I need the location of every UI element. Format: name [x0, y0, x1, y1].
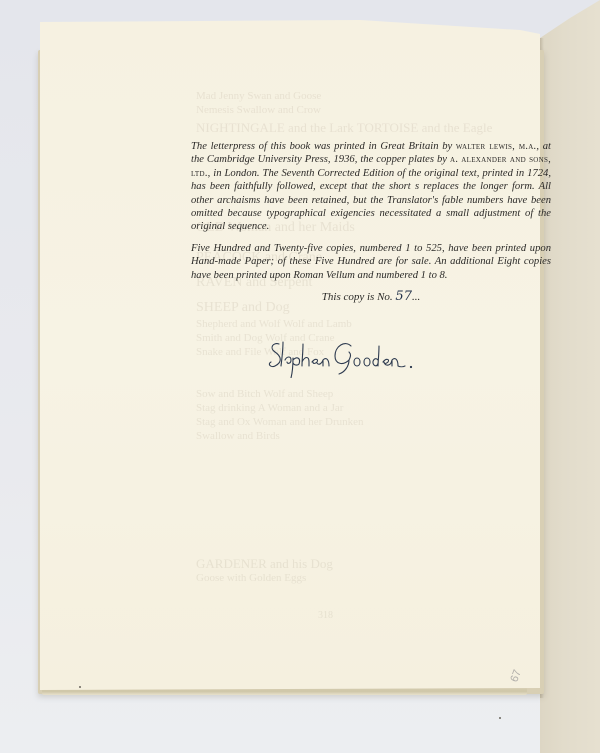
- colophon-text: , in London. The Seventh Corrected Editi…: [191, 168, 551, 233]
- showthrough-line: Shepherd and Wolf Wolf and Lamb: [196, 318, 352, 330]
- signature-stephen-gooden: [265, 336, 415, 378]
- showthrough-line: Swallow and Birds: [196, 430, 280, 442]
- showthrough-line: Goose with Golden Eggs: [196, 572, 306, 584]
- copy-number-line: This copy is No. 57...: [191, 290, 551, 304]
- colophon-paragraph-limitation: Five Hundred and Twenty-five copies, num…: [191, 242, 551, 282]
- showthrough-line: Nemesis Swallow and Crow: [196, 104, 321, 116]
- showthrough-page-number: 318: [318, 610, 333, 621]
- printer-name: walter lewis, m.a.: [456, 141, 536, 152]
- colophon-text: The letterpress of this book was printed…: [191, 141, 456, 152]
- back-cover: [540, 0, 600, 753]
- showthrough-line: GARDENER and his Dog: [196, 556, 333, 572]
- showthrough-line: Stag and Ox Woman and her Drunken: [196, 416, 364, 428]
- copy-suffix: ...: [412, 291, 420, 303]
- copy-prefix: This copy is No.: [322, 291, 396, 303]
- copy-number: 57: [395, 289, 412, 304]
- showthrough-line: Stag drinking A Woman and a Jar: [196, 402, 343, 414]
- showthrough-line: NIGHTINGALE and the Lark TORTOISE and th…: [196, 120, 492, 136]
- colophon-paragraph-printing: The letterpress of this book was printed…: [191, 140, 551, 234]
- paper-speck: [79, 686, 81, 688]
- showthrough-line: Sow and Bitch Wolf and Sheep: [196, 388, 333, 400]
- colophon: The letterpress of this book was printed…: [191, 140, 551, 304]
- showthrough-line: Mad Jenny Swan and Goose: [196, 90, 321, 102]
- paper-speck: [499, 717, 501, 719]
